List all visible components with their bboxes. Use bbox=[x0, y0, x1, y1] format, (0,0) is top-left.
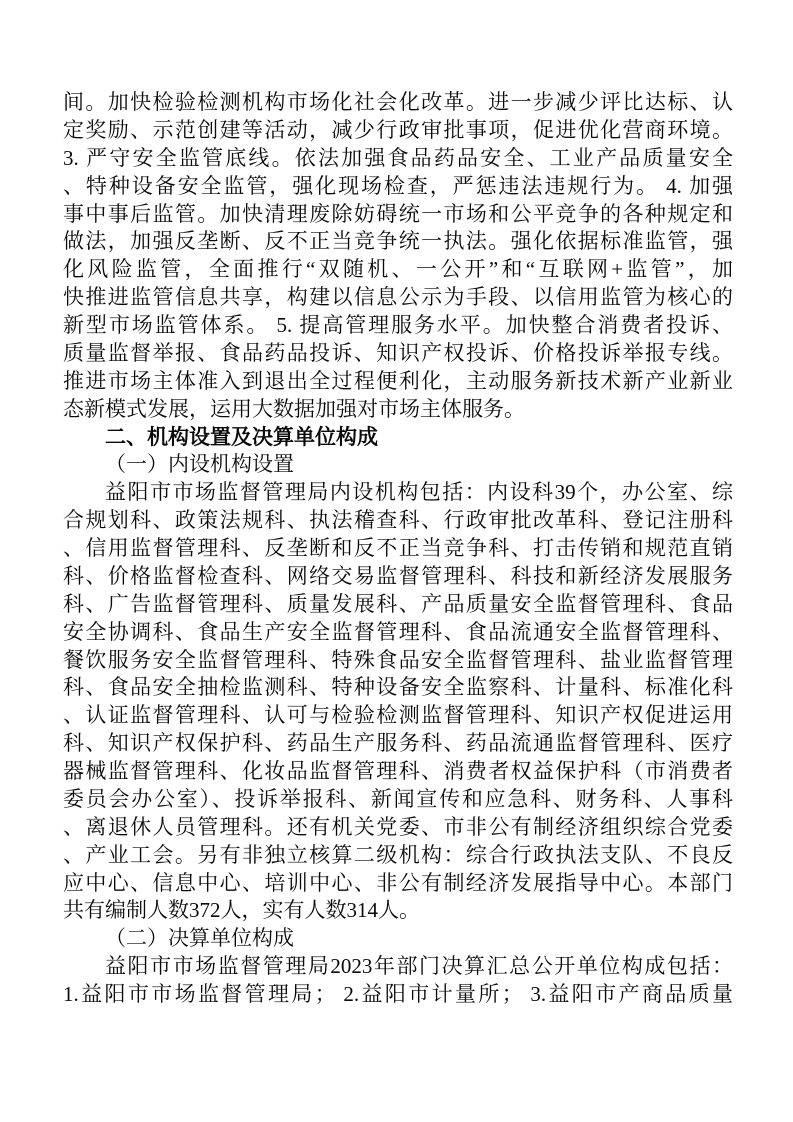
text-line: 餐饮服务安全监督管理科、特殊食品安全监督管理科、盐业监督管理 bbox=[63, 647, 733, 675]
text-line: 质量监督举报、食品药品投诉、知识产权投诉、价格投诉举报专线。 bbox=[63, 340, 733, 368]
section-heading: 二、机构设置及决算单位构成 bbox=[63, 424, 733, 452]
document-page: 间。加快检验检测机构市场化社会化改革。进一步减少评比达标、认定奖励、示范创建等活… bbox=[0, 0, 793, 1122]
text-line: 安全协调科、食品生产安全监督管理科、食品流通安全监督管理科、 bbox=[63, 619, 733, 647]
text-line: 3. 严守安全监管底线。依法加强食品药品安全、工业产品质量安全 bbox=[63, 145, 733, 173]
text-line: 化风险监管，全面推行“双随机、一公开”和“互联网+监管”，加 bbox=[63, 256, 733, 284]
subsection-heading: （二）决算单位构成 bbox=[63, 925, 733, 953]
text-line: 推进市场主体准入到退出全过程便利化，主动服务新技术新产业新业 bbox=[63, 368, 733, 396]
text-line: 委员会办公室）、投诉举报科、新闻宣传和应急科、财务科、人事科 bbox=[63, 786, 733, 814]
text-line: 共有编制人数372人，实有人数314人。 bbox=[63, 897, 733, 925]
text-line: 态新模式发展，运用大数据加强对市场主体服务。 bbox=[63, 396, 733, 424]
text-line: 合规划科、政策法规科、执法稽查科、行政审批改革科、登记注册科 bbox=[63, 507, 733, 535]
text-line: 、认证监督管理科、认可与检验检测监督管理科、知识产权促进运用 bbox=[63, 702, 733, 730]
text-line: 1.益阳市市场监督管理局； 2.益阳市计量所； 3.益阳市产商品质量 bbox=[63, 981, 733, 1009]
text-line: 应中心、信息中心、培训中心、非公有制经济发展指导中心。本部门 bbox=[63, 870, 733, 898]
text-line: 科、价格监督检查科、网络交易监督管理科、科技和新经济发展服务 bbox=[63, 563, 733, 591]
text-line: 益阳市市场监督管理局2023年部门决算汇总公开单位构成包括： bbox=[63, 953, 733, 981]
text-line: 、产业工会。另有非独立核算二级机构：综合行政执法支队、不良反 bbox=[63, 842, 733, 870]
text-line: 益阳市市场监督管理局内设机构包括：内设科39个，办公室、综 bbox=[63, 479, 733, 507]
text-line: 事中事后监管。加快清理废除妨碍统一市场和公平竞争的各种规定和 bbox=[63, 201, 733, 229]
text-line: 新型市场监管体系。 5. 提高管理服务水平。加快整合消费者投诉、 bbox=[63, 312, 733, 340]
text-line: 科、食品安全抽检监测科、特种设备安全监察科、计量科、标准化科 bbox=[63, 674, 733, 702]
document-text: 间。加快检验检测机构市场化社会化改革。进一步减少评比达标、认定奖励、示范创建等活… bbox=[63, 89, 733, 1009]
text-line: 科、知识产权保护科、药品生产服务科、药品流通监督管理科、医疗 bbox=[63, 730, 733, 758]
text-line: 器械监督管理科、化妆品监督管理科、消费者权益保护科（市消费者 bbox=[63, 758, 733, 786]
text-line: 科、广告监督管理科、质量发展科、产品质量安全监督管理科、食品 bbox=[63, 591, 733, 619]
text-line: 、特种设备安全监管，强化现场检查，严惩违法违规行为。 4. 加强 bbox=[63, 173, 733, 201]
text-line: 间。加快检验检测机构市场化社会化改革。进一步减少评比达标、认 bbox=[63, 89, 733, 117]
subsection-heading: （一）内设机构设置 bbox=[63, 451, 733, 479]
text-line: 快推进监管信息共享，构建以信息公示为手段、以信用监管为核心的 bbox=[63, 284, 733, 312]
text-line: 定奖励、示范创建等活动，减少行政审批事项，促进优化营商环境。 bbox=[63, 117, 733, 145]
text-line: 做法，加强反垄断、反不正当竞争统一执法。强化依据标准监管，强 bbox=[63, 228, 733, 256]
text-line: 、离退休人员管理科。还有机关党委、市非公有制经济组织综合党委 bbox=[63, 814, 733, 842]
text-line: 、信用监督管理科、反垄断和反不正当竞争科、打击传销和规范直销 bbox=[63, 535, 733, 563]
